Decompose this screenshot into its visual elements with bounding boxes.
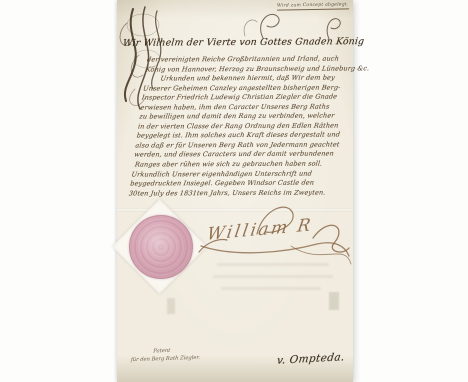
letter-body: der vereinigten Reiche Großbritannien un…	[128, 54, 360, 198]
royal-signature: William R	[195, 194, 355, 274]
filing-annotation-line2: für den Berg Rath Ziegler.	[130, 354, 200, 364]
header-flourish-icon	[235, 8, 297, 40]
scan-background: Wird zum Concept abgelegt. Wir Wilhelm d…	[0, 0, 468, 382]
document-paper: Wird zum Concept abgelegt. Wir Wilhelm d…	[117, 0, 353, 382]
royal-header-title: Wir Wilhelm der Vierte von Gottes Gnaden…	[122, 36, 351, 49]
countersignature: v. Ompteda.	[276, 351, 345, 367]
paper-smudge	[329, 292, 339, 310]
ink-showthrough	[221, 287, 321, 290]
wax-seal	[129, 215, 193, 279]
body-line: Ranges aber rühen wie sich zu gebrauchen…	[132, 159, 345, 170]
ink-showthrough	[217, 263, 329, 266]
body-line: der vereinigten Reiche Großbritannien un…	[146, 54, 359, 65]
paper-smudge	[167, 298, 175, 314]
ink-showthrough	[213, 275, 333, 278]
filing-annotation: Patent für den Berg Rath Ziegler.	[130, 347, 200, 364]
